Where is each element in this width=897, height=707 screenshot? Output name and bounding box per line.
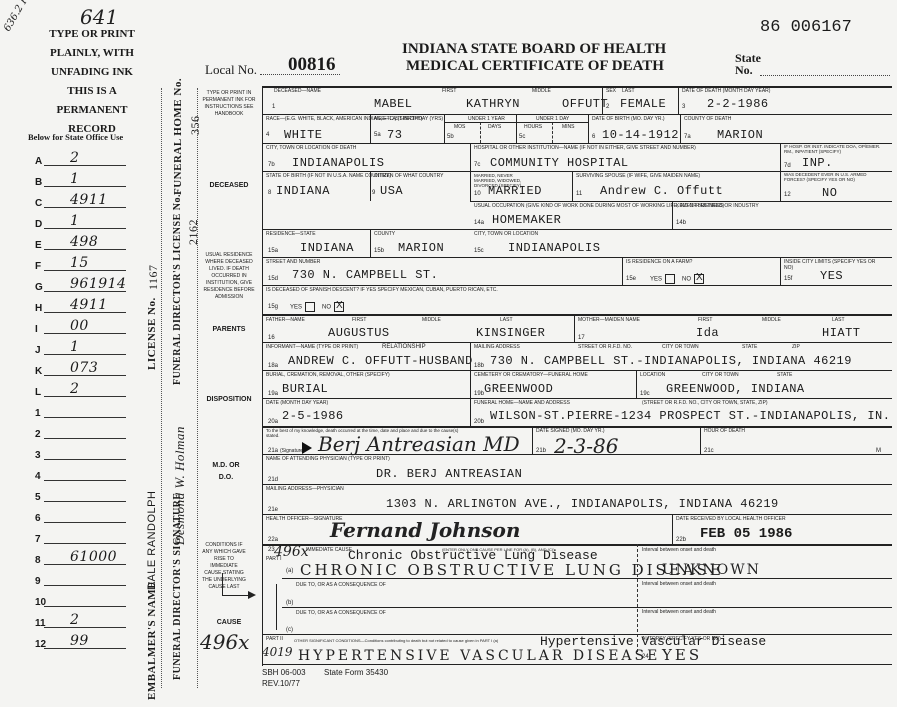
conditions-note: CONDITIONS IF ANY WHICH GAVE RISE TO IMM… [202, 542, 246, 591]
father-last-name: KINSINGER [476, 326, 545, 340]
office-use-row-8: 861000 [30, 547, 126, 568]
section-disposition: DISPOSITION [200, 396, 258, 403]
bottom-code: 496x [200, 630, 249, 654]
office-use-value: 1 [70, 339, 79, 355]
state-no-field [760, 75, 890, 76]
disposition-location: GREENWOOD, INDIANA [666, 382, 805, 396]
hospital-name: COMMUNITY HOSPITAL [490, 156, 629, 170]
part2-handwritten: HYPERTENSIVE VASCULAR DISEASE [298, 648, 660, 664]
office-use-value: 2 [70, 612, 79, 628]
office-use-value: 498 [70, 234, 98, 250]
funeral-home-label: FUNERAL HOME No. [172, 78, 184, 195]
mother-last-name: HIATT [822, 326, 861, 340]
funeral-home-name-address: WILSON-ST.PIERRE-1234 PROSPECT ST.-INDIA… [490, 409, 897, 423]
informant-address: 730 N. CAMPBELL ST.-INDIANAPOLIS, INDIAN… [490, 354, 852, 368]
citizenship: USA [380, 184, 403, 198]
autopsy-value: YES [662, 646, 702, 664]
date-of-death: 2-2-1986 [707, 97, 769, 111]
state-no-label: State No. [735, 52, 765, 76]
office-use-row-b: B1 [30, 169, 126, 190]
city-of-death: INDIANAPOLIS [292, 156, 384, 170]
sign-here-arrow-icon [302, 442, 312, 454]
deceased-first-name: MABEL [374, 97, 413, 111]
office-use-row-c: C4911 [30, 190, 126, 211]
section-md: M.D. OR D.O. [206, 460, 246, 484]
office-use-row-10: 10 [30, 589, 126, 610]
office-use-row-g: G961914 [30, 274, 126, 295]
farm-yes[interactable]: YES [650, 274, 675, 284]
office-use-row-1: 1 [30, 400, 126, 421]
residence-note: USUAL RESIDENCE WHERE DECEASED LIVED. IF… [200, 252, 258, 301]
office-use-row-i: I00 [30, 316, 126, 337]
office-use-row-d: D1 [30, 211, 126, 232]
mother-first-name: Ida [696, 326, 719, 340]
residence-city: INDIANAPOLIS [508, 241, 600, 255]
disposition-date: 2-5-1986 [282, 409, 344, 423]
spanish-no[interactable]: NO [322, 302, 344, 312]
office-use-row-h: H4911 [30, 295, 126, 316]
residence-state: INDIANA [300, 241, 354, 255]
page-title: MEDICAL CERTIFICATE OF DEATH [406, 58, 664, 75]
birth-state: INDIANA [276, 184, 330, 198]
state-form-number: State Form 35430 [324, 668, 388, 677]
attending-physician: DR. BERJ ANTREASIAN [376, 467, 522, 481]
certificate-form: DECEASED—NAME FIRST MIDDLE LAST 1 MABEL … [262, 86, 892, 666]
surviving-spouse: Andrew C. Offutt [600, 184, 723, 198]
date-received: FEB 05 1986 [700, 526, 792, 542]
office-use-value: 2 [70, 381, 79, 397]
residence-county: MARION [398, 241, 444, 255]
race-value: WHITE [284, 128, 323, 142]
office-use-value: 4911 [70, 297, 108, 313]
embalmer-name: DALE RANDOLPH [146, 491, 158, 590]
agency-title: INDIANA STATE BOARD OF HEALTH [402, 41, 666, 58]
office-use-row-9: 9 [30, 568, 126, 589]
date-of-birth: 10-14-1912 [602, 128, 679, 142]
physician-mailing-address: 1303 N. ARLINGTON AVE., INDIANAPOLIS, IN… [386, 497, 779, 511]
office-use-row-3: 3 [30, 442, 126, 463]
health-officer-signature: Fernand Johnson [330, 518, 520, 542]
embalmer-label: EMBALMER'S NAME [146, 581, 158, 700]
office-use-value: 2 [70, 150, 79, 166]
local-no-value: 00816 [288, 54, 336, 76]
office-use-row-e: E498 [30, 232, 126, 253]
part2-code: 4019 [262, 645, 293, 659]
instructions-block: TYPE OR PRINT PLAINLY, WITH UNFADING INK… [42, 25, 142, 139]
inside-city-limits: YES [820, 269, 843, 283]
disposition-method: BURIAL [282, 382, 328, 396]
office-use-value: 4911 [70, 192, 108, 208]
farm-no[interactable]: NO [682, 274, 704, 284]
office-use-value: 961914 [70, 276, 126, 292]
sex-value: FEMALE [620, 97, 666, 111]
local-no-label: Local No. [205, 62, 257, 78]
informant-name: ANDREW C. OFFUTT-HUSBAND [288, 354, 473, 368]
office-use-row-5: 5 [30, 484, 126, 505]
office-use-value: 1 [70, 213, 79, 229]
office-use-row-j: J1 [30, 337, 126, 358]
license-no-value: 1167 [146, 264, 161, 290]
spanish-yes[interactable]: YES [290, 302, 315, 312]
director-license-label: FUNERAL DIRECTOR'S LICENSE No. [172, 194, 183, 385]
office-use-row-k: K073 [30, 358, 126, 379]
physician-signature: Berj Antreasian MD [318, 432, 520, 456]
interval-a: UNKNOWN [662, 562, 761, 578]
office-use-value: 99 [70, 633, 89, 649]
office-use-row-f: F15 [30, 253, 126, 274]
office-use-row-12: 1299 [30, 631, 126, 652]
office-use-row-6: 6 [30, 505, 126, 526]
office-use-value: 1 [70, 171, 79, 187]
office-use-row-l: L2 [30, 379, 126, 400]
office-use-value: 00 [70, 318, 89, 334]
office-use-value: 61000 [70, 549, 117, 565]
age-value: 73 [387, 128, 402, 142]
section-cause: CAUSE [200, 619, 258, 626]
license-no-label: LICENSE No. [146, 297, 158, 370]
office-use-value: 15 [70, 255, 89, 271]
section-deceased: DECEASED [200, 182, 258, 189]
office-use-row-7: 7 [30, 526, 126, 547]
form-revision: REV.10/77 [262, 679, 300, 688]
handwritten-side-note: 636.2 Renal [2, 0, 42, 34]
office-use-value: 073 [70, 360, 98, 376]
funeral-home-no: 356 [188, 116, 203, 136]
marital-status: MARRIED [488, 184, 542, 198]
occupation: HOMEMAKER [492, 213, 561, 227]
office-use-row-2: 2 [30, 421, 126, 442]
form-number: SBH 06-003 [262, 668, 306, 677]
section-parents: PARENTS [200, 326, 258, 333]
cause-a-handwritten: CHRONIC OBSTRUCTIVE LUNG DISEASE [300, 561, 724, 579]
office-use-row-4: 4 [30, 463, 126, 484]
residence-street: 730 N. CAMPBELL ST. [292, 268, 438, 282]
office-use-title: Below for State Office Use [28, 132, 123, 142]
cemetery-name: GREENWOOD [484, 382, 553, 396]
serial-number: 86 006167 [760, 18, 852, 37]
institution-status: INP. [802, 156, 833, 170]
office-use-row-11: 112 [30, 610, 126, 631]
office-use-row-a: A2 [30, 148, 126, 169]
director-signature: Desmond W. Holman [172, 426, 188, 545]
deceased-middle-name: KATHRYN [466, 97, 520, 111]
armed-forces: NO [822, 186, 837, 200]
father-first-name: AUGUSTUS [328, 326, 390, 340]
county-of-death: MARION [717, 128, 763, 142]
director-license-no: 2162 [186, 219, 201, 245]
type-note: TYPE OR PRINT IN PERMANENT INK FOR INSTR… [200, 90, 258, 118]
